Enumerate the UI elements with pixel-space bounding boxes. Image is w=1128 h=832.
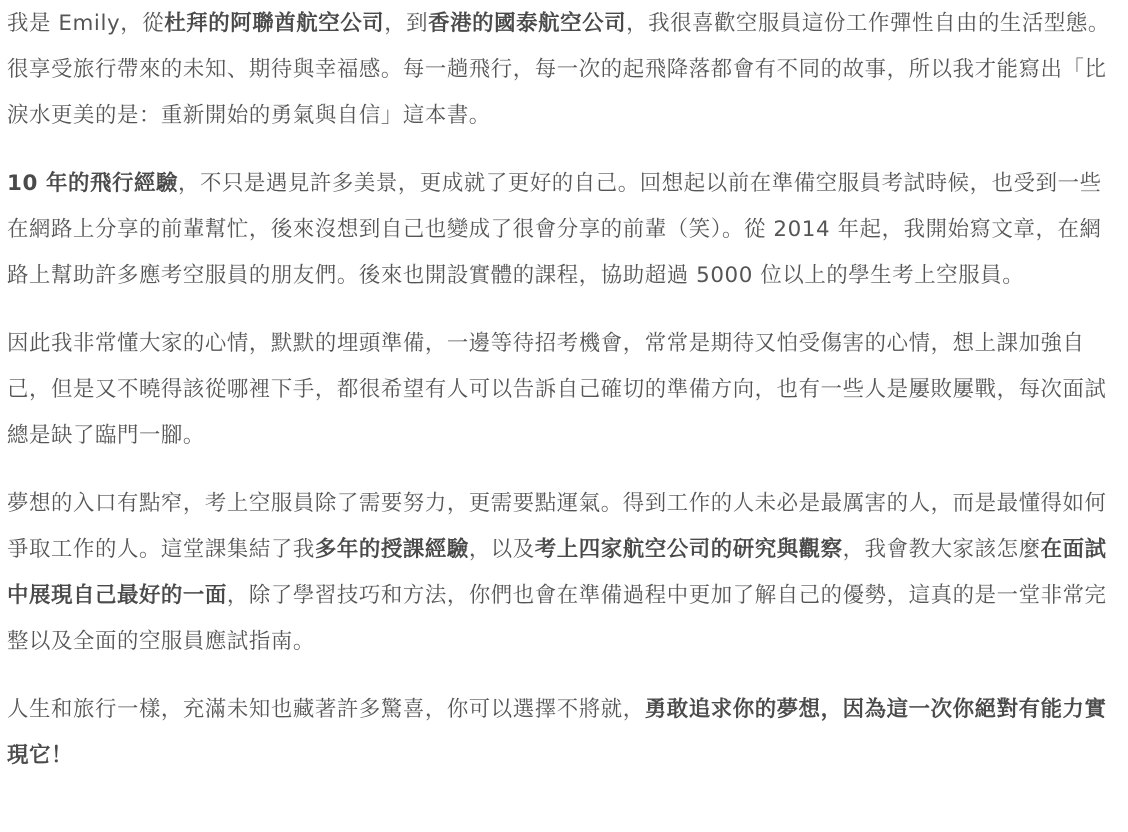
- bold-text-cathay: 香港的國泰航空公司: [428, 11, 626, 36]
- text-segment: 人生和旅行一樣，充滿未知也藏著許多驚喜，你可以選擇不將就，: [7, 697, 645, 722]
- text-segment: ，到: [384, 11, 428, 36]
- bold-text-flight-experience: 10 年的飛行經驗: [7, 171, 178, 196]
- article-body: 我是 Emily，從杜拜的阿聯酋航空公司，到香港的國泰航空公司，我很喜歡空服員這…: [0, 0, 1110, 779]
- text-segment: ，我會教大家該怎麼: [843, 537, 1041, 562]
- bold-text-research: 考上四家航空公司的研究與觀察: [535, 537, 843, 562]
- paragraph-experience: 10 年的飛行經驗，不只是遇見許多美景，更成就了更好的自己。回想起以前在準備空服…: [7, 161, 1110, 299]
- text-segment: ，以及: [469, 537, 535, 562]
- text-segment: 因此我非常懂大家的心情，默默的埋頭準備，一邊等待招考機會，常常是期待又怕受傷害的…: [7, 331, 1107, 448]
- paragraph-closing: 人生和旅行一樣，充滿未知也藏著許多驚喜，你可以選擇不將就，勇敢追求你的夢想，因為…: [7, 687, 1110, 779]
- paragraph-empathy: 因此我非常懂大家的心情，默默的埋頭準備，一邊等待招考機會，常常是期待又怕受傷害的…: [7, 321, 1110, 459]
- bold-text-emirates: 杜拜的阿聯酋航空公司: [164, 11, 384, 36]
- paragraph-course: 夢想的入口有點窄，考上空服員除了需要努力，更需要點運氣。得到工作的人未必是最厲害…: [7, 481, 1110, 665]
- paragraph-intro: 我是 Emily，從杜拜的阿聯酋航空公司，到香港的國泰航空公司，我很喜歡空服員這…: [7, 0, 1110, 139]
- text-segment: 我是 Emily，從: [7, 11, 164, 36]
- bold-text-teaching-experience: 多年的授課經驗: [315, 537, 469, 562]
